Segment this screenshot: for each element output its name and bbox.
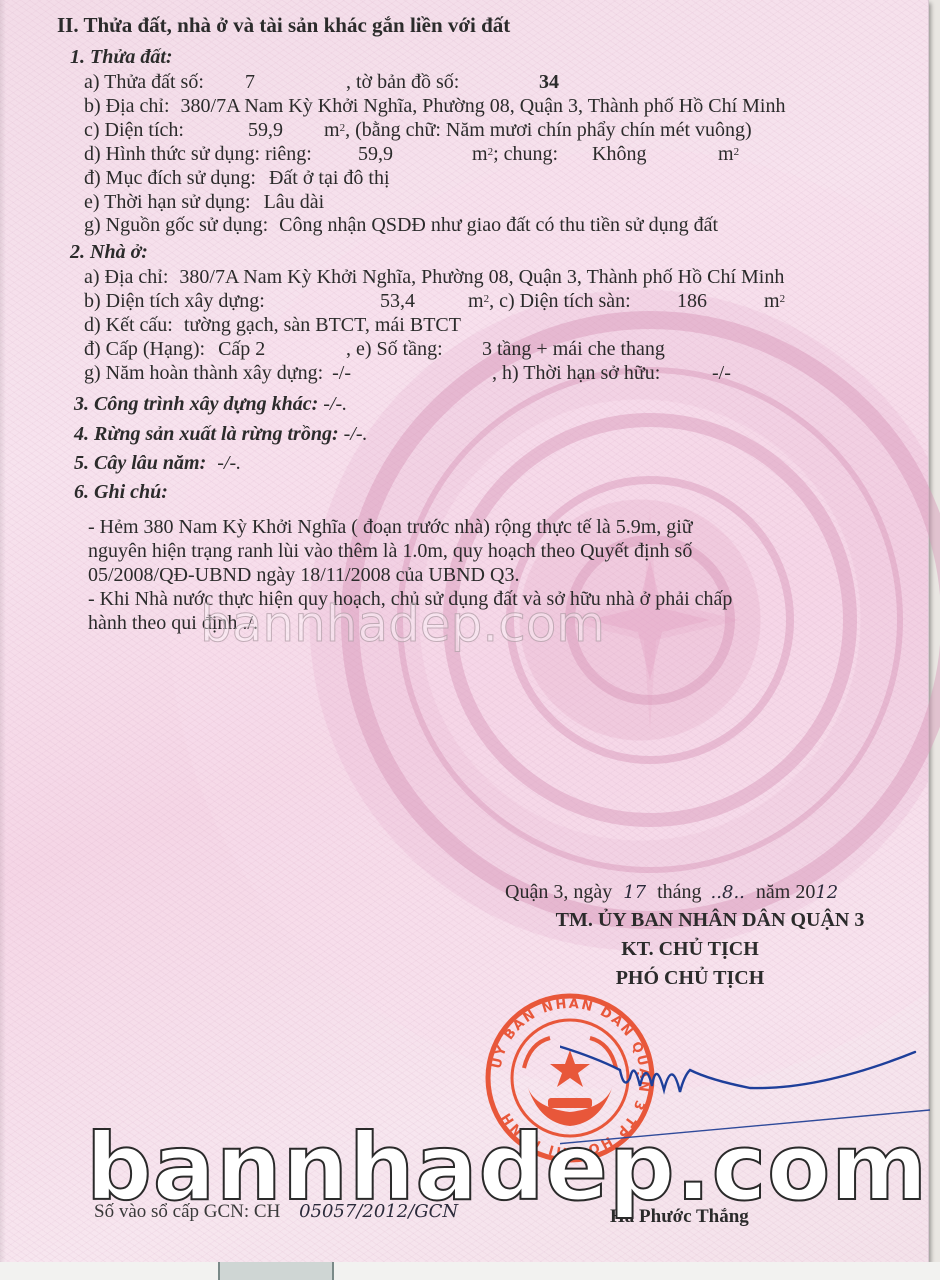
land-area-words: , (bằng chữ: Năm mươi chín phẩy chín mét… [345, 119, 752, 141]
forest-value: -/-. [344, 423, 368, 445]
certificate-page: II. Thửa đất, nhà ở và tài sản khác gắn … [0, 0, 929, 1262]
floors-value: 3 tầng + mái che thang [482, 337, 665, 361]
usage-private-value: 59,9 [358, 142, 393, 166]
notes-heading: 6. Ghi chú: [74, 480, 168, 504]
floor-area-label: , c) Diện tích sàn: [489, 290, 631, 312]
faint-watermark: bannhadep.com [200, 596, 605, 652]
structure-label: d) Kết cấu: [84, 314, 173, 336]
other-construction-label: 3. Công trình xây dựng khác: [74, 393, 318, 415]
other-construction-row: 3. Công trình xây dựng khác: -/-. [74, 392, 347, 416]
date-row: Quận 3, ngày 17 tháng ..8.. năm 2012 [505, 880, 838, 905]
usage-shared-value: Không [592, 142, 646, 166]
note-line: - Hẻm 380 Nam Kỳ Khởi Nghĩa ( đoạn trước… [88, 515, 693, 539]
forest-label: 4. Rừng sản xuất là rừng trồng: [74, 423, 339, 445]
completion-label: g) Năm hoàn thành xây dựng: [84, 362, 323, 384]
land-heading: 1. Thửa đất: [70, 45, 173, 69]
land-area-value: 59,9 [248, 118, 283, 142]
purpose-value: Đất ở tại đô thị [269, 167, 390, 189]
built-area-label: b) Diện tích xây dựng: [84, 290, 265, 312]
bold-watermark: bannhadep.com [86, 1118, 928, 1218]
grade-row: đ) Cấp (Hạng): Cấp 2 , e) Số tầng: 3 tần… [84, 337, 265, 361]
term-label: e) Thời hạn sử dụng: [84, 191, 251, 213]
grade-label: đ) Cấp (Hạng): [84, 338, 205, 360]
note-line: nguyên hiện trạng ranh lùi vào thêm là 1… [88, 539, 692, 563]
built-area-value: 53,4 [380, 289, 415, 313]
land-address-label: b) Địa chỉ: [84, 95, 170, 117]
usage-shared-label: ; chung: [493, 143, 558, 165]
house-address-row: a) Địa chỉ: 380/7A Nam Kỳ Khởi Nghĩa, Ph… [84, 265, 784, 289]
floor-area-value: 186 [677, 289, 707, 313]
background-object [218, 1262, 334, 1280]
other-construction-value: -/-. [323, 393, 347, 415]
land-address: 380/7A Nam Kỳ Khởi Nghĩa, Phường 08, Quậ… [181, 95, 786, 117]
floors-label: , e) Số tầng: [346, 337, 443, 361]
term-value: Lâu dài [264, 191, 325, 213]
origin-label: g) Nguồn gốc sử dụng: [84, 214, 268, 236]
role-kt-chairman: KT. CHỦ TỊCH [520, 935, 860, 963]
perennial-label: 5. Cây lâu năm: [74, 452, 206, 474]
house-address: 380/7A Nam Kỳ Khởi Nghĩa, Phường 08, Quậ… [179, 266, 784, 288]
map-sheet-label: , tờ bản đồ số: [346, 70, 459, 94]
date-month: ..8.. [711, 882, 745, 903]
parcel-row: a) Thửa đất số: 7 , tờ bản đồ số: 34 [84, 70, 204, 94]
forest-row: 4. Rừng sản xuất là rừng trồng: -/-. [74, 422, 368, 446]
date-year: 12 [815, 882, 838, 903]
house-address-label: a) Địa chỉ: [84, 266, 168, 288]
origin-row: g) Nguồn gốc sử dụng: Công nhận QSDĐ như… [84, 213, 718, 237]
structure-row: d) Kết cấu: tường gạch, sàn BTCT, mái BT… [84, 313, 461, 337]
grade-value: Cấp 2 [218, 338, 265, 360]
purpose-label: đ) Mục đích sử dụng: [84, 167, 256, 189]
year-label: năm 20 [756, 881, 815, 903]
structure-value: tường gạch, sàn BTCT, mái BTCT [184, 314, 461, 336]
note-line: 05/2008/QĐ-UBND ngày 18/11/2008 của UBND… [88, 563, 519, 587]
house-heading: 2. Nhà ở: [70, 240, 148, 264]
perennial-row: 5. Cây lâu năm: -/-. [74, 451, 241, 475]
usage-form-row: d) Hình thức sử dụng: riêng: 59,9 m2; ch… [84, 142, 312, 166]
land-area-label: c) Diện tích: [84, 119, 184, 141]
land-address-row: b) Địa chỉ: 380/7A Nam Kỳ Khởi Nghĩa, Ph… [84, 94, 785, 118]
authority-title: TM. ỦY BAN NHÂN DÂN QUẬN 3 [540, 906, 880, 934]
date-prefix: Quận 3, ngày [505, 881, 612, 903]
ownership-term-value: -/- [712, 361, 731, 385]
completion-row: g) Năm hoàn thành xây dựng: -/- , h) Thờ… [84, 361, 351, 385]
origin-value: Công nhận QSDĐ như giao đất có thu tiền … [279, 214, 718, 236]
completion-value: -/- [332, 362, 351, 384]
date-day: 17 [623, 882, 646, 903]
land-area-unit: m [324, 119, 340, 141]
purpose-row: đ) Mục đích sử dụng: Đất ở tại đô thị [84, 166, 390, 190]
section-heading: II. Thửa đất, nhà ở và tài sản khác gắn … [57, 13, 510, 37]
map-sheet-number: 34 [539, 70, 559, 94]
house-area-row: b) Diện tích xây dựng: 53,4 m2, c) Diện … [84, 289, 265, 313]
land-area-row: c) Diện tích: 59,9 m2, (bằng chữ: Năm mư… [84, 118, 184, 142]
usage-form-label: d) Hình thức sử dụng: riêng: [84, 143, 312, 165]
perennial-value: -/-. [217, 452, 241, 474]
background-below-page [0, 1262, 940, 1280]
parcel-label: a) Thửa đất số: [84, 71, 204, 93]
term-row: e) Thời hạn sử dụng: Lâu dài [84, 190, 324, 214]
ownership-term-label: , h) Thời hạn sở hữu: [492, 361, 660, 385]
parcel-number: 7 [245, 70, 255, 94]
month-label: tháng [657, 881, 701, 903]
